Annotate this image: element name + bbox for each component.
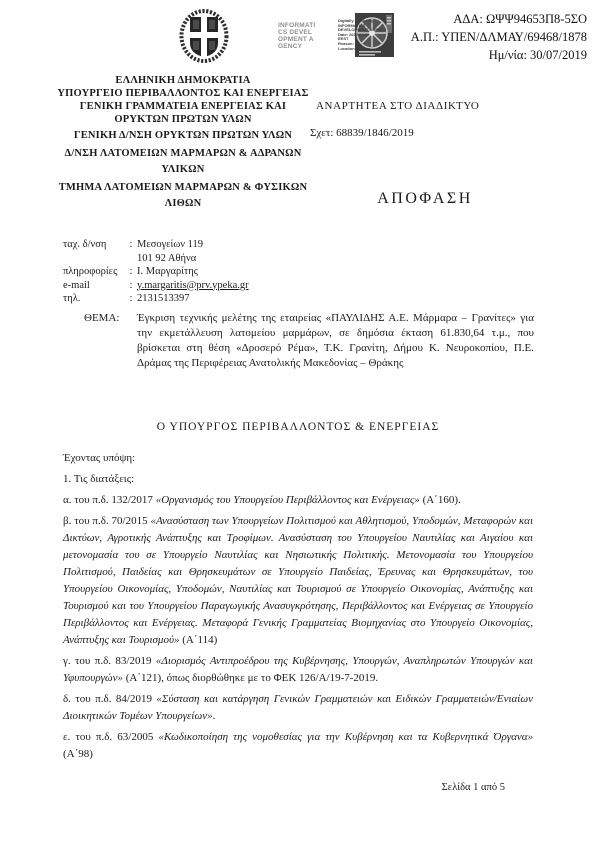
internet-posting-label: ΑΝΑΡΤΗΤΕΑ ΣΤΟ ΔΙΑΔΙΚΤΥΟ: [316, 100, 479, 112]
contact-address-line2: 101 92 Αθήνα: [137, 252, 249, 266]
contact-label: πληροφορίες: [63, 265, 125, 279]
provision-prefix: γ. του π.δ. 83/2019: [63, 655, 156, 667]
provision-item-b: β. του π.δ. 70/2015 «Ανασύσταση των Υπου…: [63, 513, 533, 649]
contact-separator: :: [125, 265, 137, 279]
email-link[interactable]: y.margaritis@prv.ypeka.gr: [137, 279, 249, 293]
contact-label: ταχ. δ/νση: [63, 238, 125, 252]
contact-separator: :: [125, 238, 137, 252]
contact-value: Ι. Μαργαρίτης: [137, 265, 198, 279]
org-line: ΤΜΗΜΑ ΛΑΤΟΜΕΙΩΝ ΜΑΡΜΑΡΩΝ & ΦΥΣΙΚΩΝ ΛΙΘΩΝ: [57, 180, 309, 212]
decision-body: Έχοντας υπόψη: 1. Τις διατάξεις: α. του …: [63, 450, 533, 767]
contact-value: 2131513397: [137, 292, 190, 306]
org-line: ΓΕΝΙΚΗ ΓΡΑΜΜΑΤΕΙΑ ΕΝΕΡΓΕΙΑΣ ΚΑΙ ΟΡΥΚΤΩΝ …: [57, 100, 309, 126]
contact-label: τηλ.: [63, 292, 125, 306]
provision-quote: «Κωδικοποίηση της νομοθεσίας για την Κυβ…: [158, 731, 533, 743]
provision-suffix: (Α΄121), όπως διορθώθηκε με το ΦΕΚ 126/Α…: [123, 672, 378, 684]
page-number: Σελίδα 1 από 5: [300, 782, 505, 793]
contact-row-email: e-mail : y.margaritis@prv.ypeka.gr: [63, 279, 249, 293]
contact-separator: :: [125, 292, 137, 306]
org-line: ΓΕΝΙΚΗ Δ/ΝΣΗ ΟΡΥΚΤΩΝ ΠΡΩΤΩΝ ΥΛΩΝ: [57, 128, 309, 144]
org-line: Δ/ΝΣΗ ΛΑΤΟΜΕΙΩΝ ΜΑΡΜΑΡΩΝ & ΑΔΡΑΝΩΝ ΥΛΙΚΩ…: [57, 146, 309, 178]
provision-suffix: (Α΄98): [63, 748, 93, 760]
signature-line: Location: Athens: [338, 47, 390, 52]
issuing-authority-block: ΕΛΛΗΝΙΚΗ ΔΗΜΟΚΡΑΤΙΑ ΥΠΟΥΡΓΕΙΟ ΠΕΡΙΒΑΛΛΟΝ…: [57, 74, 309, 212]
provision-quote: «Ανασύσταση των Υπουργείων Πολιτισμού κα…: [63, 515, 533, 646]
provision-prefix: δ. του π.δ. 84/2019: [63, 693, 156, 705]
hellenic-coat-of-arms-icon: [179, 9, 229, 64]
contact-label: e-mail: [63, 279, 125, 293]
subject-block: ΘΕΜΑ: Έγκριση τεχνικής μελέτης της εταιρ…: [84, 311, 534, 371]
provision-prefix: ε. του π.δ. 63/2005: [63, 731, 158, 743]
digital-signature-details: Digitally signed by INFORMATICS DEVELOPM…: [338, 19, 390, 51]
contact-row-person: πληροφορίες : Ι. Μαργαρίτης: [63, 265, 249, 279]
provision-suffix: (Α΄160).: [420, 494, 461, 506]
provision-suffix: .: [213, 710, 216, 722]
provision-prefix: α. του π.δ. 132/2017: [63, 494, 156, 506]
decision-document-page: INFORMATICS DEVELOPMENT AGENCY Digitally…: [0, 0, 595, 842]
provision-item-c: γ. του π.δ. 83/2019 «Διορισμός Αντιπροέδ…: [63, 653, 533, 687]
related-reference: Σχετ: 68839/1846/2019: [310, 127, 414, 139]
provision-item-a: α. του π.δ. 132/2017 «Οργανισμός του Υπο…: [63, 492, 533, 509]
provision-item-e: ε. του π.δ. 63/2005 «Κωδικοποίηση της νο…: [63, 729, 533, 763]
org-line: ΥΠΟΥΡΓΕΙΟ ΠΕΡΙΒΑΛΛΟΝΤΟΣ ΚΑΙ ΕΝΕΡΓΕΙΑΣ: [57, 87, 309, 100]
contact-separator: :: [125, 279, 137, 293]
minister-heading: Ο ΥΠΟΥΡΓΟΣ ΠΕΡΙΒΑΛΛΟΝΤΟΣ & ΕΝΕΡΓΕΙΑΣ: [63, 421, 533, 433]
provision-suffix: (Α΄114): [180, 634, 218, 646]
signature-agency-label: INFORMATICS DEVELOPMENT AGENCY: [278, 22, 316, 50]
decision-title: ΑΠΟΦΑΣΗ: [340, 190, 510, 208]
subject-text: Έγκριση τεχνικής μελέτης της εταιρείας «…: [137, 311, 534, 371]
org-line: ΕΛΛΗΝΙΚΗ ΔΗΜΟΚΡΑΤΙΑ: [57, 74, 309, 87]
contact-info-block: ταχ. δ/νση : Μεσογείων 119 101 92 Αθήνα …: [63, 238, 249, 306]
contact-row-phone: τηλ. : 2131513397: [63, 292, 249, 306]
contact-row-address: ταχ. δ/νση : Μεσογείων 119: [63, 238, 249, 252]
contact-value: Μεσογείων 119: [137, 238, 203, 252]
having-regard-intro: Έχοντας υπόψη:: [63, 450, 533, 467]
provision-prefix: β. του π.δ. 70/2015: [63, 515, 150, 527]
subject-label: ΘΕΜΑ:: [84, 311, 137, 371]
provision-quote: «Οργανισμός του Υπουργείου Περιβάλλοντος…: [156, 494, 420, 506]
provisions-list-header: 1. Τις διατάξεις:: [63, 471, 533, 488]
provision-item-d: δ. του π.δ. 84/2019 «Σύσταση και κατάργη…: [63, 691, 533, 725]
